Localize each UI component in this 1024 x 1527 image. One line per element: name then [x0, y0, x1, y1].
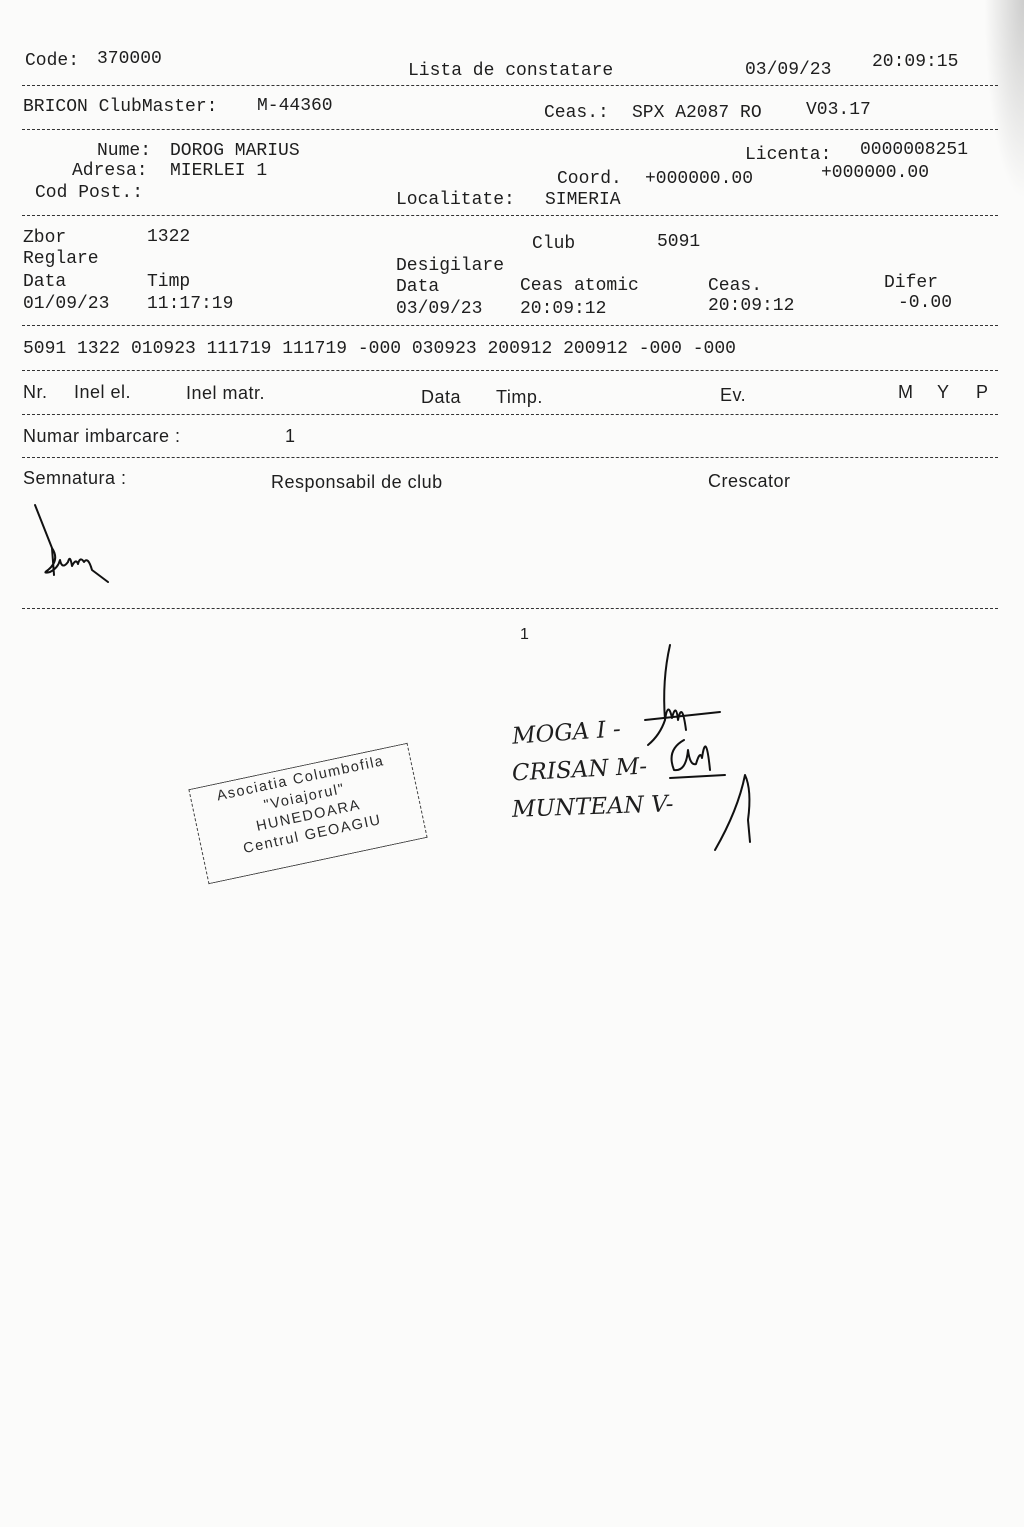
association-stamp: Asociatia Columbofila "Voiajorul" HUNEDO…	[188, 743, 427, 884]
name-value: DOROG MARIUS	[170, 142, 300, 160]
column-p: P	[976, 383, 989, 401]
handwritten-name: MOGA I -	[511, 718, 621, 749]
coord-latitude: +000000.00	[645, 170, 753, 188]
address-value: MIERLEI 1	[170, 162, 267, 180]
column-time: Timp.	[496, 388, 543, 406]
locality-value: SIMERIA	[545, 191, 621, 209]
clock-label: Ceas.:	[544, 104, 609, 122]
divider	[22, 325, 998, 326]
column-m: M	[898, 383, 914, 401]
divider	[22, 414, 998, 415]
coord-label: Coord.	[557, 170, 622, 188]
basketing-label: Numar imbarcare :	[23, 427, 181, 445]
license-label: Licenta:	[745, 146, 831, 164]
clock-time: 20:09:12	[708, 297, 794, 315]
unsealing-label: Desigilare	[396, 257, 504, 275]
setting-time: 11:17:19	[147, 295, 233, 313]
signature-label: Semnatura :	[23, 469, 127, 487]
name-label: Nume:	[97, 142, 151, 160]
clubmaster-label: BRICON ClubMaster:	[23, 98, 217, 116]
setting-time-label: Timp	[147, 273, 190, 291]
page-number: 1	[520, 627, 529, 643]
atomic-clock-label: Ceas atomic	[520, 277, 639, 295]
locality-label: Localitate:	[396, 191, 515, 209]
scan-edge-shadow	[984, 0, 1024, 200]
divider	[22, 215, 998, 216]
unsealing-date-label: Data	[396, 278, 439, 296]
code-label: Code:	[25, 52, 79, 70]
divider	[22, 85, 998, 86]
license-value: 0000008251	[860, 141, 968, 159]
flight-value: 1322	[147, 228, 190, 246]
print-time: 20:09:15	[872, 53, 958, 71]
difference-label: Difer	[884, 274, 938, 292]
coord-longitude: +000000.00	[821, 164, 929, 182]
handwritten-name: CRISAN M-	[511, 755, 647, 785]
column-ring-number: Inel matr.	[186, 384, 265, 402]
club-label: Club	[532, 235, 575, 253]
divider	[22, 457, 998, 458]
divider	[22, 370, 998, 371]
club-value: 5091	[657, 233, 700, 251]
column-nr: Nr.	[23, 383, 48, 401]
divider	[22, 129, 998, 130]
clubmaster-value: M-44360	[257, 97, 333, 115]
breeder-signature	[30, 500, 120, 585]
column-event: Ev.	[720, 386, 746, 404]
setting-date: 01/09/23	[23, 295, 109, 313]
column-y: Y	[937, 383, 950, 401]
clock-value: SPX A2087 RO	[632, 104, 762, 122]
print-date: 03/09/23	[745, 61, 831, 79]
column-electronic-ring: Inel el.	[74, 383, 131, 401]
code-value: 370000	[97, 50, 162, 68]
address-label: Adresa:	[72, 162, 148, 180]
document-title: Lista de constatare	[408, 62, 613, 80]
setting-date-label: Data	[23, 273, 66, 291]
divider	[22, 608, 998, 609]
postal-code-label: Cod Post.:	[35, 184, 143, 202]
unsealing-date: 03/09/23	[396, 300, 482, 318]
committee-signatures	[640, 640, 770, 860]
clock-time-label: Ceas.	[708, 277, 762, 295]
flight-label: Zbor	[23, 229, 66, 247]
column-date: Data	[421, 388, 461, 406]
difference-value: -0.00	[898, 294, 952, 312]
atomic-clock-time: 20:09:12	[520, 300, 606, 318]
basketing-value: 1	[285, 427, 296, 445]
firmware-version: V03.17	[806, 101, 871, 119]
setting-label: Reglare	[23, 250, 99, 268]
encoded-summary-line: 5091 1322 010923 111719 111719 -000 0309…	[23, 340, 736, 358]
club-responsible-label: Responsabil de club	[271, 473, 443, 491]
breeder-label: Crescator	[708, 472, 791, 490]
